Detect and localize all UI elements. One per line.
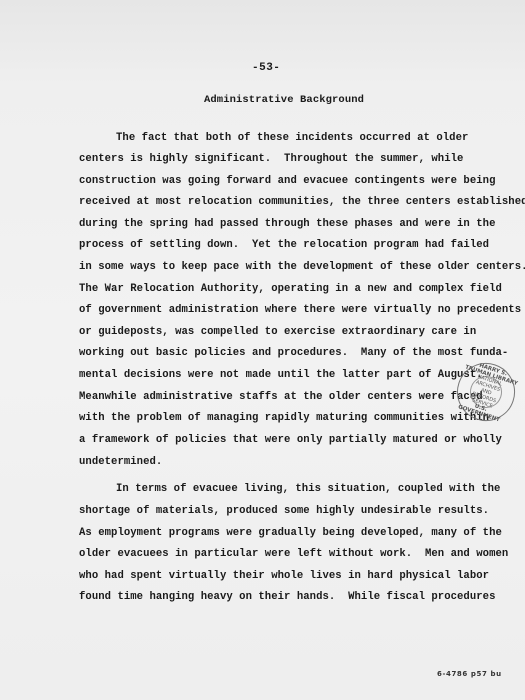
text-line: during the spring had passed through the… [79,218,495,230]
text-line: who had spent virtually their whole live… [79,570,489,582]
text-line: of government administration where there… [79,304,521,316]
text-line: received at most relocation communities,… [79,196,525,208]
page-number: -53- [252,62,280,74]
text-line: found time hanging heavy on their hands.… [79,591,495,603]
footer-code: 6-4786 p57 bu [437,670,502,678]
section-heading: Administrative Background [204,94,364,106]
text-line: construction was going forward and evacu… [79,175,495,187]
text-line: in some ways to keep pace with the devel… [79,261,525,273]
text-line: undetermined. [79,456,162,468]
text-line: As employment programs were gradually be… [79,527,502,539]
text-line: centers is highly significant. Throughou… [79,153,463,165]
text-line: with the problem of managing rapidly mat… [79,412,489,424]
text-line: a framework of policies that were only p… [79,434,502,446]
text-line: The War Relocation Authority, operating … [79,283,502,295]
text-line: Meanwhile administrative staffs at the o… [79,391,483,403]
document-page: -53- Administrative Background The fact … [0,0,525,700]
text-line: mental decisions were not made until the… [79,369,483,381]
text-line: working out basic policies and procedure… [79,347,508,359]
text-line: shortage of materials, produced some hig… [79,505,489,517]
text-line: or guideposts, was compelled to exercise… [79,326,476,338]
text-line: In terms of evacuee living, this situati… [116,483,500,495]
text-line: older evacuees in particular were left w… [79,548,508,560]
text-line: The fact that both of these incidents oc… [116,132,468,144]
text-line: process of settling down. Yet the reloca… [79,239,489,251]
